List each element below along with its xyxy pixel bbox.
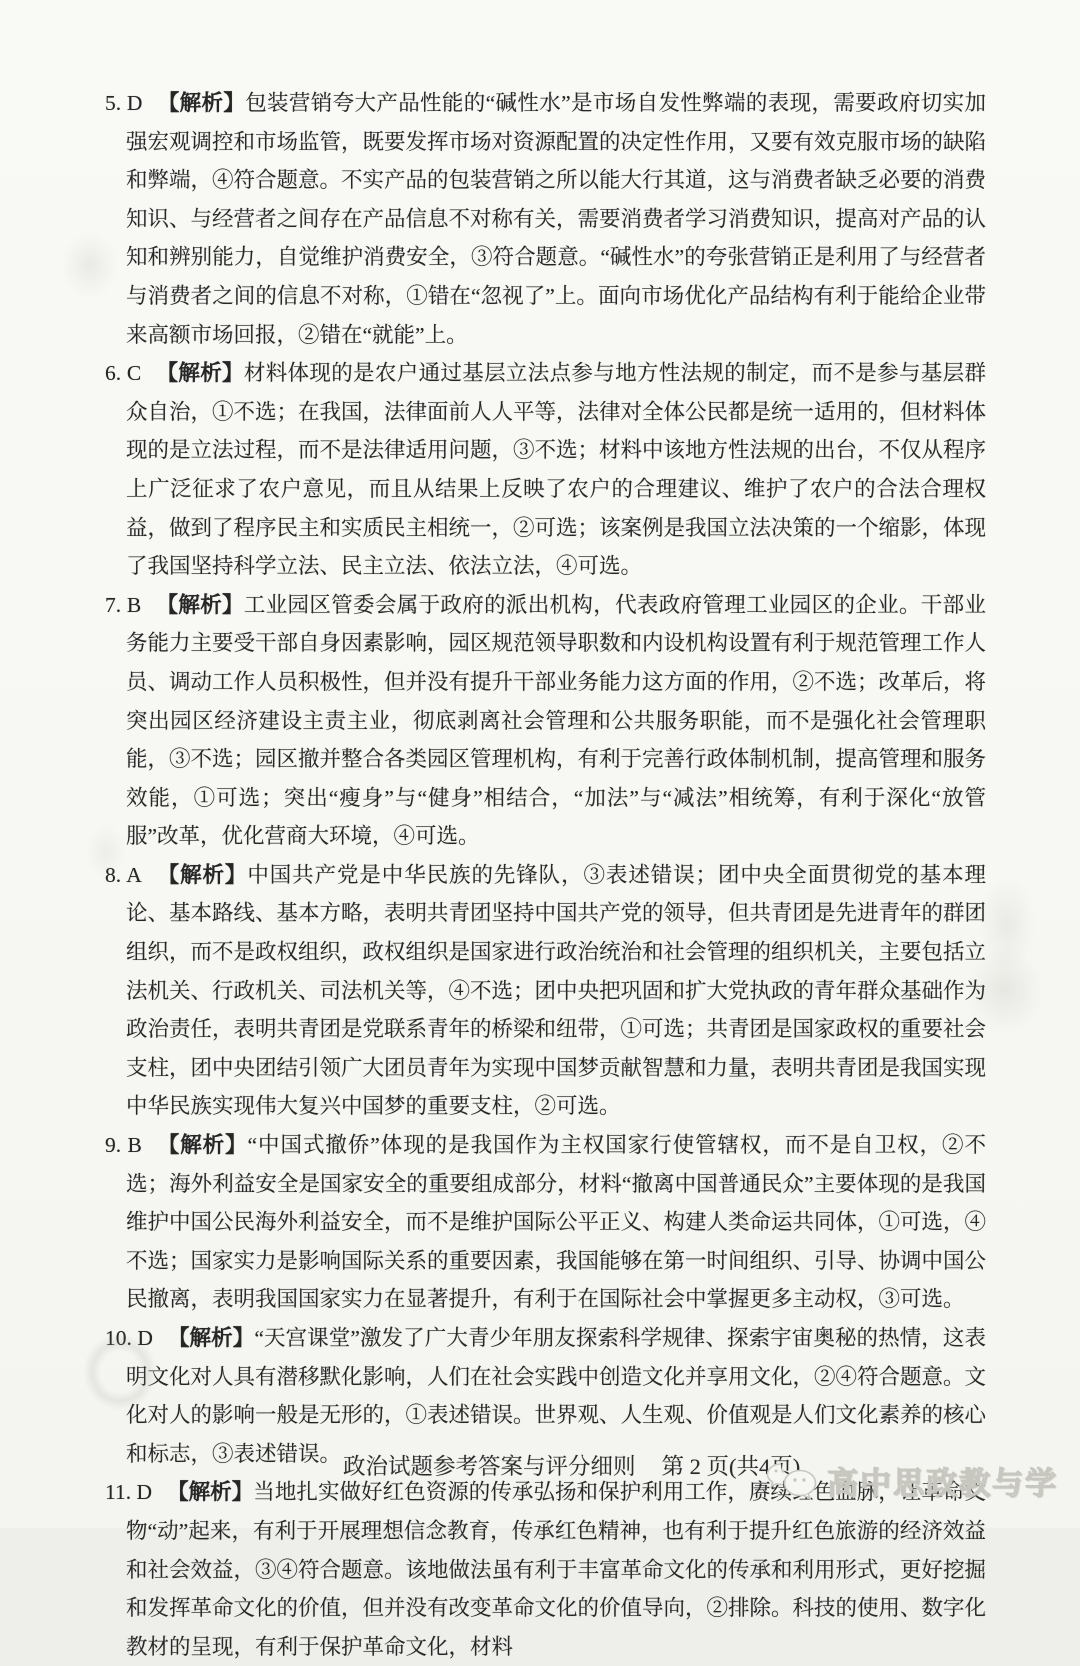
answer-item-6: 6. C【解析】材料体现的是农户通过基层立法点参与地方性法规的制定，而不是参与基… <box>105 354 986 586</box>
item-text: “中国式撤侨”体现的是我国作为主权国家行使管辖权，而不是自卫权，②不选；海外利益… <box>126 1133 986 1311</box>
item-text: 包装营销夸大产品性能的“碱性水”是市场自发性弊端的表现，需要政府切实加强宏观调控… <box>126 91 986 347</box>
analysis-tag: 【解析】 <box>157 91 245 115</box>
item-text: 材料体现的是农户通过基层立法点参与地方性法规的制定，而不是参与基层群众自治，①不… <box>126 361 986 578</box>
wechat-bubbles-icon <box>764 1460 820 1502</box>
analysis-tag: 【解析】 <box>157 863 248 887</box>
analysis-tag: 【解析】 <box>168 1326 254 1350</box>
answer-item-8: 8. A【解析】中国共产党是中华民族的先锋队，③表述错误；团中央全面贯彻党的基本… <box>105 856 986 1126</box>
analysis-tag: 【解析】 <box>156 593 244 617</box>
analysis-tag: 【解析】 <box>156 361 244 385</box>
item-number: 5. D <box>105 91 142 115</box>
answer-item-5: 5. D【解析】包装营销夸大产品性能的“碱性水”是市场自发性弊端的表现，需要政府… <box>105 84 986 354</box>
watermark-text: 高中思政教与学 <box>827 1458 1058 1503</box>
analysis-tag: 【解析】 <box>167 1480 253 1504</box>
publisher-watermark: 高中思政教与学 <box>764 1458 1058 1503</box>
scanned-answer-page: 5. D【解析】包装营销夸大产品性能的“碱性水”是市场自发性弊端的表现，需要政府… <box>0 0 1080 1528</box>
item-number: 10. D <box>105 1326 153 1350</box>
item-number: 8. A <box>105 863 142 887</box>
footer-document-title: 政治试题参考答案与评分细则 <box>343 1449 636 1481</box>
item-text: 中国共产党是中华民族的先锋队，③表述错误；团中央全面贯彻党的基本理论、基本路线、… <box>126 863 986 1119</box>
item-number: 9. B <box>105 1133 142 1157</box>
scan-smudge <box>978 876 1036 974</box>
item-number: 7. B <box>105 593 141 617</box>
item-text: 工业园区管委会属于政府的派出机构，代表政府管理工业园区的企业。干部业务能力主要受… <box>126 593 986 849</box>
page-footer: 政治试题参考答案与评分细则 第 2 页(共4页) <box>343 1449 800 1481</box>
item-number: 6. C <box>105 361 141 385</box>
item-text: “天宫课堂”激发了广大青少年朋友探索科学规律、探索宇宙奥秘的热情，这表明文化对人… <box>126 1326 986 1466</box>
answer-explanation-list: 5. D【解析】包装营销夸大产品性能的“碱性水”是市场自发性弊端的表现，需要政府… <box>105 84 986 1528</box>
answer-item-9: 9. B【解析】“中国式撤侨”体现的是我国作为主权国家行使管辖权，而不是自卫权，… <box>105 1126 986 1319</box>
analysis-tag: 【解析】 <box>157 1133 248 1157</box>
answer-item-7: 7. B【解析】工业园区管委会属于政府的派出机构，代表政府管理工业园区的企业。干… <box>105 586 986 856</box>
item-number: 11. D <box>105 1480 152 1504</box>
